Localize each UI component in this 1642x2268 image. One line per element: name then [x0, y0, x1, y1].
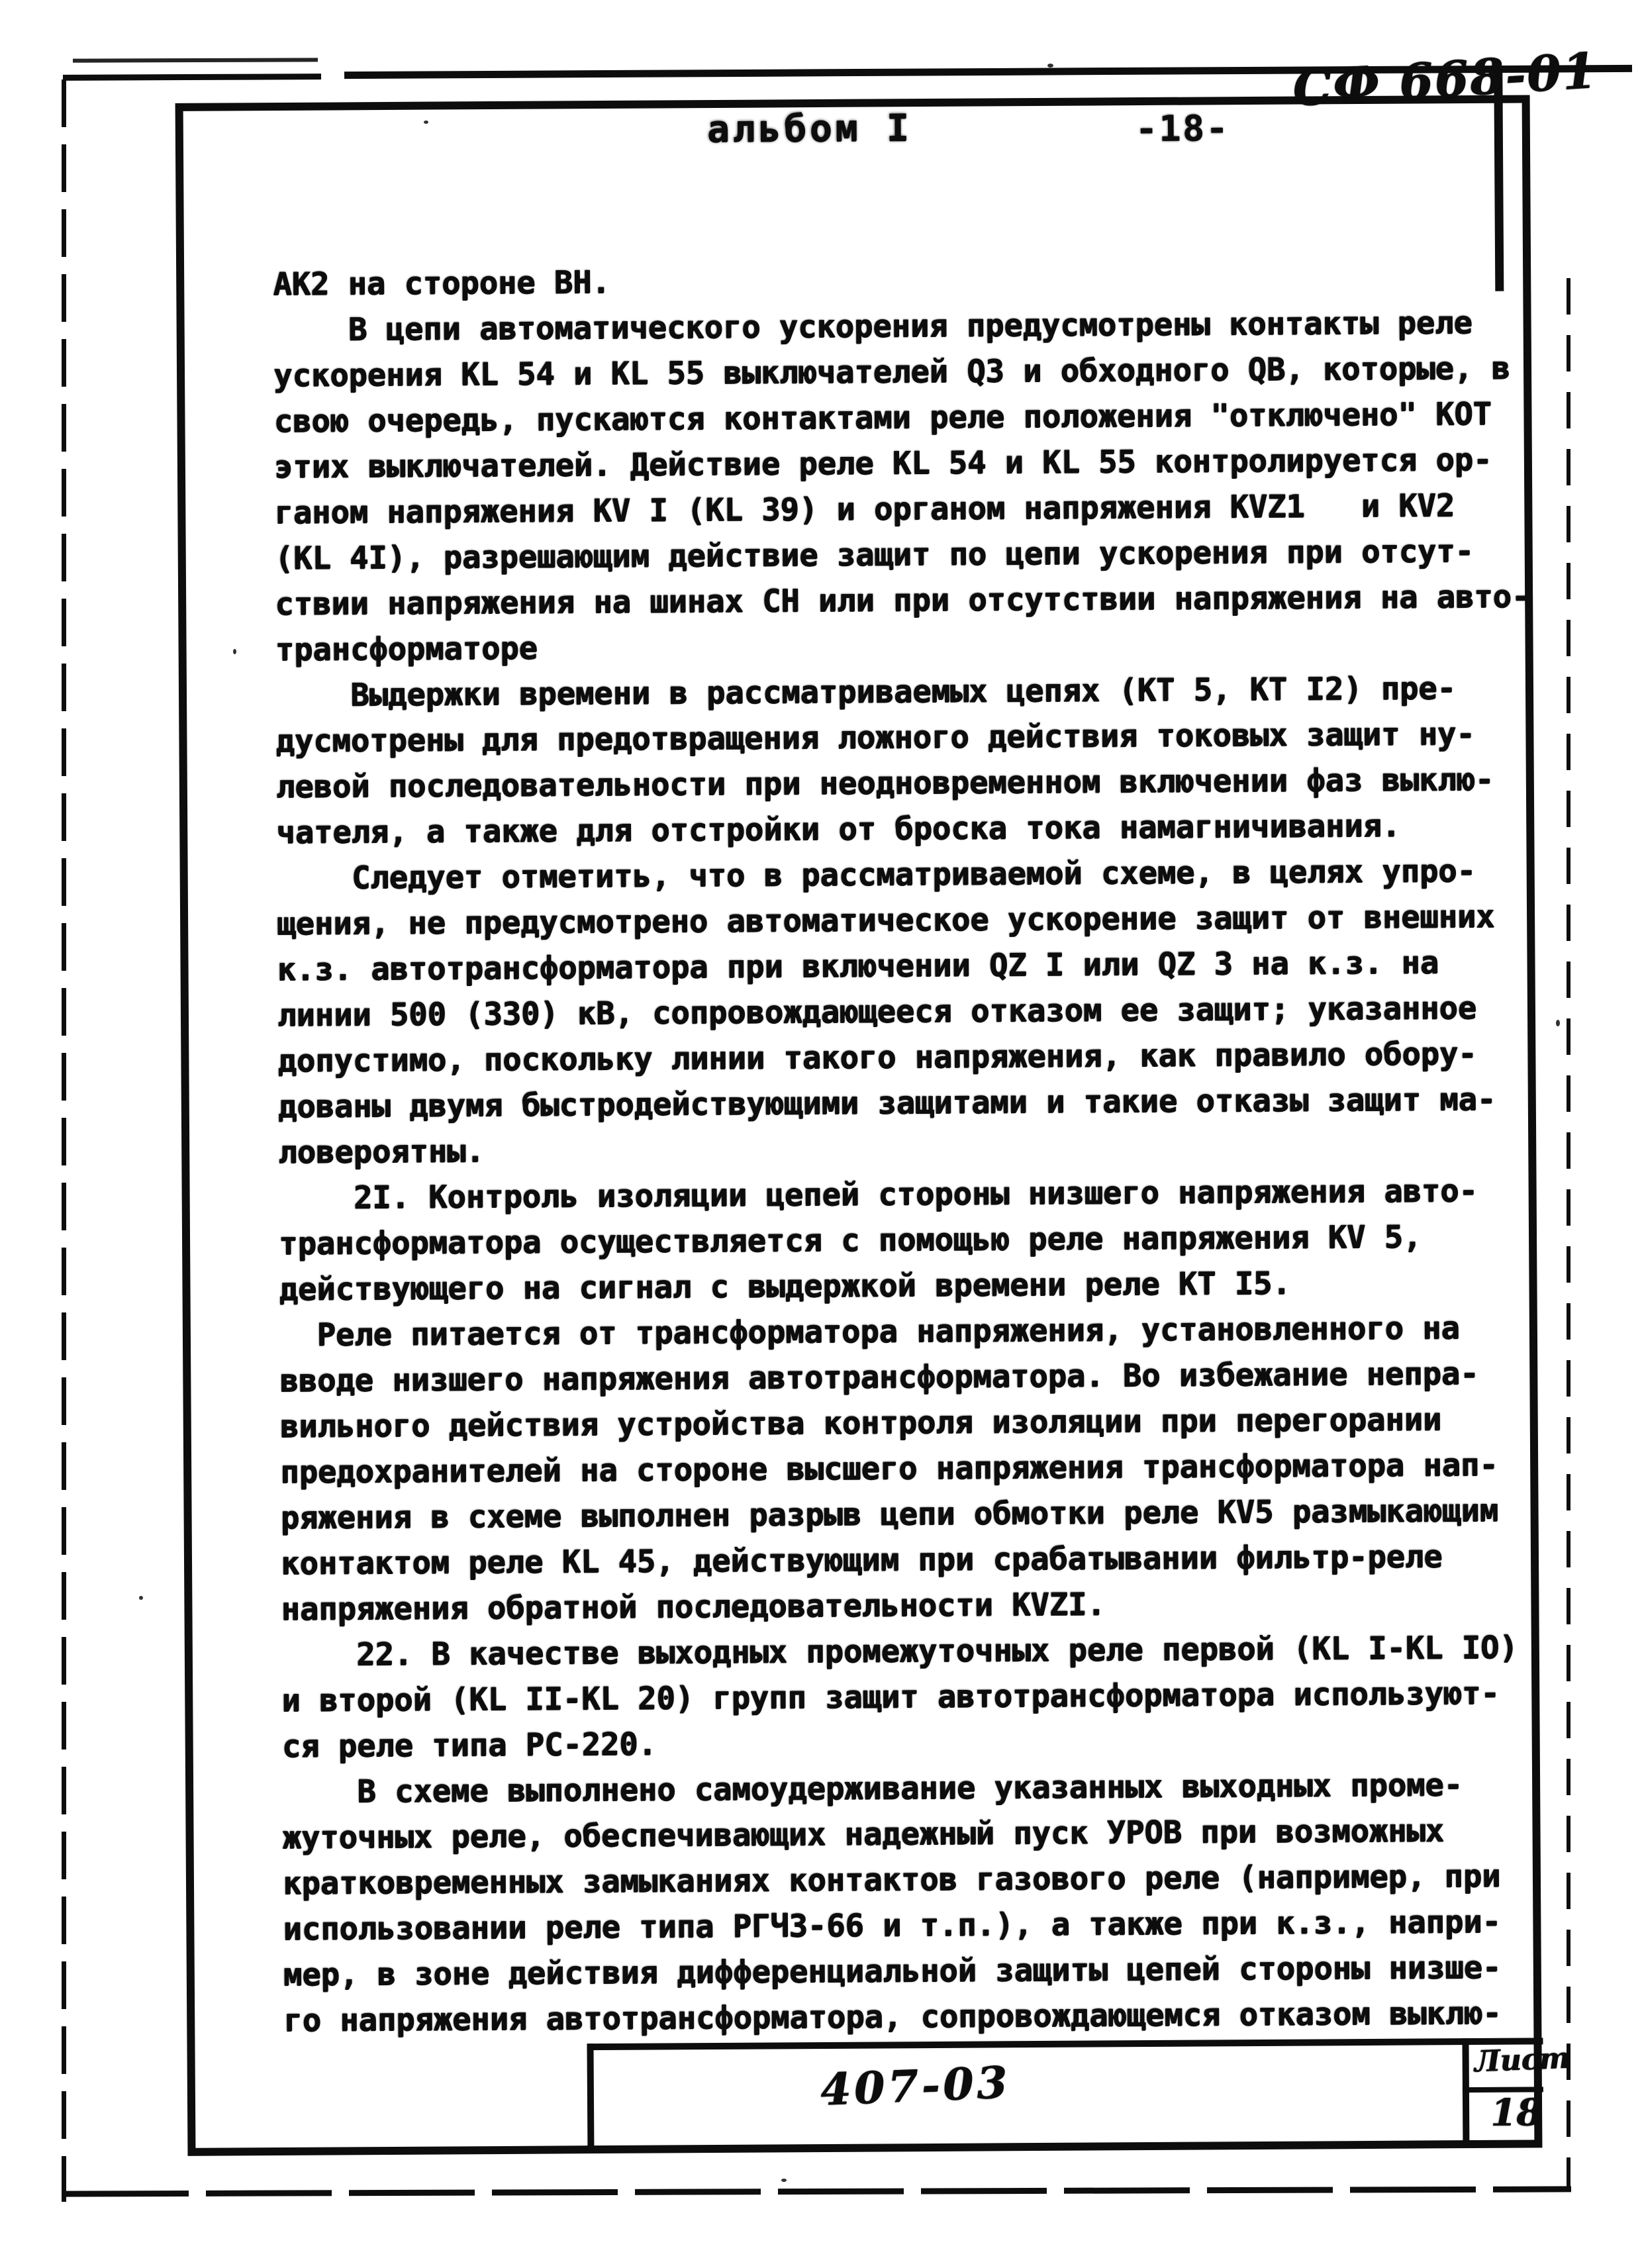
- text-line: действующего на сигнал с выдержкой време…: [279, 1259, 1534, 1312]
- scan-speckle: [1556, 1020, 1560, 1026]
- text-line: Следует отметить, что в рассматриваемой …: [277, 848, 1532, 901]
- header-album: альбом I: [707, 107, 912, 151]
- text-line: мер, в зоне действия дифференциальной за…: [283, 1944, 1539, 1998]
- text-line: предохранителей на стороне высшего напря…: [280, 1442, 1535, 1495]
- sheet-label: Лист: [1474, 2042, 1570, 2079]
- text-line: 22. В качестве выходных промежуточных ре…: [281, 1624, 1537, 1678]
- footer-box-left-line: [587, 2044, 594, 2151]
- doc-number: 407-03: [819, 2056, 1011, 2116]
- text-line: линии 500 (330) кВ, сопровождающееся отк…: [277, 985, 1533, 1038]
- scan-speckle: [781, 2179, 787, 2182]
- scan-speckle: [1047, 64, 1053, 68]
- text-line: ствии напряжения на шинах СН или при отс…: [275, 573, 1530, 627]
- text-line: жуточных реле, обеспечивающих надежный п…: [282, 1807, 1537, 1861]
- text-line: дованы двумя быстродействующими защитами…: [278, 1076, 1533, 1130]
- text-line: использовании реле типа РГЧЗ-66 и т.п.),…: [283, 1898, 1538, 1952]
- text-line: свою очередь, пускаются контактами реле …: [273, 391, 1529, 444]
- sheet-number: 18: [1490, 2091, 1542, 2134]
- text-line: к.з. автотрансформатора при включении QZ…: [277, 939, 1532, 993]
- scan-speckle: [233, 649, 236, 654]
- text-line: (KL 4I), разрешающим действие защит по ц…: [275, 528, 1530, 581]
- scanned-page: СФ 668-01 альбом I -18- АК2 на стороне В…: [0, 0, 1642, 2268]
- text-line: чателя, а также для отстройки от броска …: [276, 802, 1531, 856]
- text-line: щения, не предусмотрено автоматическое у…: [277, 893, 1532, 947]
- text-line: и второй (KL II-KL 20) групп защит автот…: [281, 1670, 1537, 1724]
- text-line: левой последовательности при неодновреме…: [276, 756, 1531, 810]
- text-line: Выдержки времени в рассматриваемых цепях…: [275, 665, 1531, 718]
- text-line: напряжения обратной последовательности K…: [281, 1579, 1536, 1632]
- text-line: В схеме выполнено самоудерживание указан…: [282, 1761, 1537, 1815]
- header-page-number: -18-: [1135, 107, 1230, 150]
- text-line: Реле питается от трансформатора напряжен…: [279, 1305, 1535, 1358]
- scan-speckle: [139, 1596, 143, 1600]
- text-line: трансформатора осуществляется с помощью …: [279, 1213, 1534, 1267]
- scan-speckle: [424, 121, 428, 124]
- text-line: трансформаторе: [275, 619, 1530, 673]
- text-line: этих выключателей. Действие реле KL 54 и…: [274, 436, 1529, 490]
- text-line: кратковременных замыканиях контактов газ…: [283, 1853, 1538, 1906]
- text-line: ся реле типа РС-220.: [282, 1716, 1537, 1769]
- text-line: вильного действия устройства контроля из…: [280, 1396, 1535, 1450]
- scan-content: альбом I -18- АК2 на стороне ВН. В цепи …: [0, 0, 1642, 2268]
- body-text: АК2 на стороне ВН. В цепи автоматическог…: [273, 254, 1539, 2044]
- text-line: АК2 на стороне ВН.: [273, 254, 1528, 307]
- text-line: контактом реле KL 45, действующим при ср…: [281, 1533, 1536, 1587]
- text-line: го напряжения автотрансформатора, сопров…: [283, 1990, 1539, 2044]
- text-line: ряжения в схеме выполнен разрыв цепи обм…: [280, 1487, 1535, 1541]
- text-line: В цепи автоматического ускорения предусм…: [273, 299, 1528, 353]
- text-line: вводе низшего напряжения автотрансформат…: [279, 1350, 1535, 1404]
- text-line: ускорения KL 54 и KL 55 выключателей Q3 …: [273, 345, 1529, 399]
- text-line: ганом напряжения KV I (KL 39) и органом …: [274, 482, 1529, 536]
- text-line: дусмотрены для предотвращения ложного де…: [275, 711, 1531, 764]
- text-line: допустимо, поскольку линии такого напряж…: [277, 1030, 1533, 1084]
- text-line: 2I. Контроль изоляции цепей стороны низш…: [278, 1167, 1533, 1221]
- text-line: ловероятны.: [278, 1122, 1533, 1175]
